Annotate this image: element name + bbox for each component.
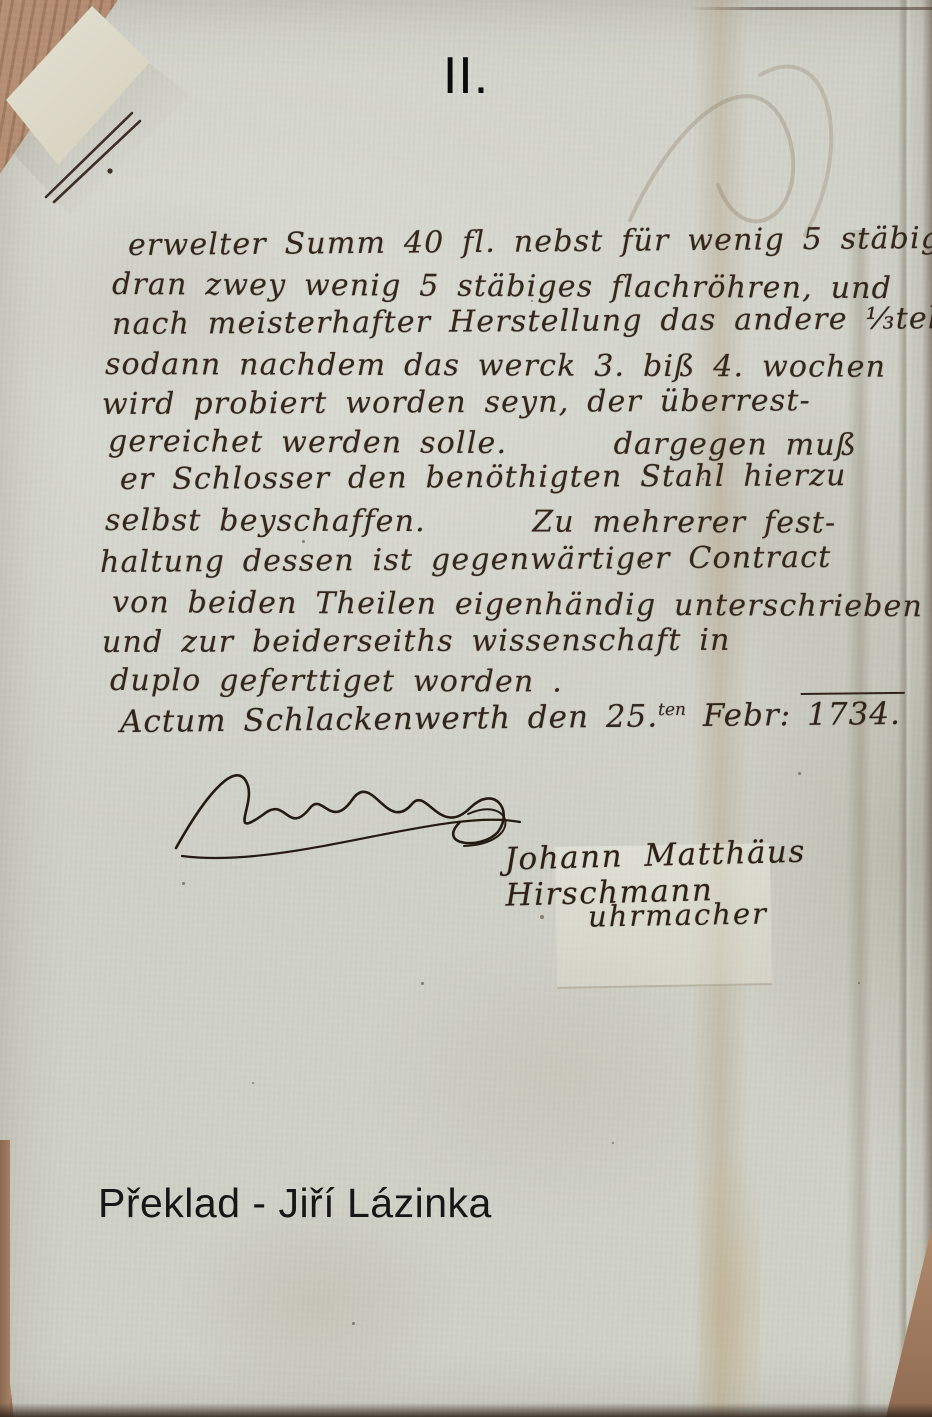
manuscript-line: sodann nachdem das werck 3. biß 4. woche… bbox=[105, 347, 886, 385]
manuscript-line: selbst beyschaffen. Zu mehrerer fest- bbox=[105, 503, 837, 541]
manuscript-line: wird probiert worden seyn, der überrest- bbox=[102, 383, 811, 422]
signature-flourish bbox=[168, 752, 538, 862]
manuscript-line: und zur beiderseiths wissenschaft in bbox=[102, 623, 731, 660]
vertical-fold-crease-lower bbox=[700, 1150, 760, 1417]
bottom-table-edge bbox=[0, 1403, 932, 1417]
date-superscript: ten bbox=[658, 700, 686, 720]
wood-sliver-left bbox=[0, 1140, 10, 1417]
right-edge-shadow bbox=[922, 0, 932, 1417]
signature-title: uhrmacher bbox=[588, 896, 769, 933]
date-year: 1734. bbox=[801, 692, 905, 733]
manuscript-line: dran zwey wenig 5 stäbiges flachröhren, … bbox=[112, 267, 892, 306]
manuscript-photograph: II. erwelter Summ 40 fl. nebst für wenig… bbox=[0, 0, 932, 1417]
translation-caption: Překlad - Jiří Lázinka bbox=[98, 1180, 492, 1227]
date-prefix: Actum Schlackenwerth den 25. bbox=[120, 698, 658, 740]
manuscript-line: nach meisterhafter Herstellung das ander… bbox=[112, 301, 932, 342]
manuscript-line: er Schlosser den benöthigten Stahl hierz… bbox=[120, 458, 847, 497]
top-right-crease bbox=[688, 7, 932, 10]
handwritten-text-block: erwelter Summ 40 fl. nebst für wenig 5 s… bbox=[0, 0, 20, 266]
manuscript-line: duplo geferttiget worden . bbox=[110, 663, 563, 700]
margin-mark-icon bbox=[38, 105, 148, 205]
manuscript-line: von beiden Theilen eigenhändig unterschr… bbox=[112, 585, 923, 624]
page-number-label: II. bbox=[0, 46, 932, 106]
right-page-fold bbox=[846, 230, 872, 1417]
manuscript-line: gereichet werden solle. dargegen muß bbox=[108, 424, 857, 463]
manuscript-line: haltung dessen ist gegenwärtiger Contrac… bbox=[100, 540, 832, 580]
manuscript-line: erwelter Summ 40 fl. nebst für wenig 5 s… bbox=[128, 220, 932, 263]
date-month: Febr: bbox=[703, 697, 792, 734]
